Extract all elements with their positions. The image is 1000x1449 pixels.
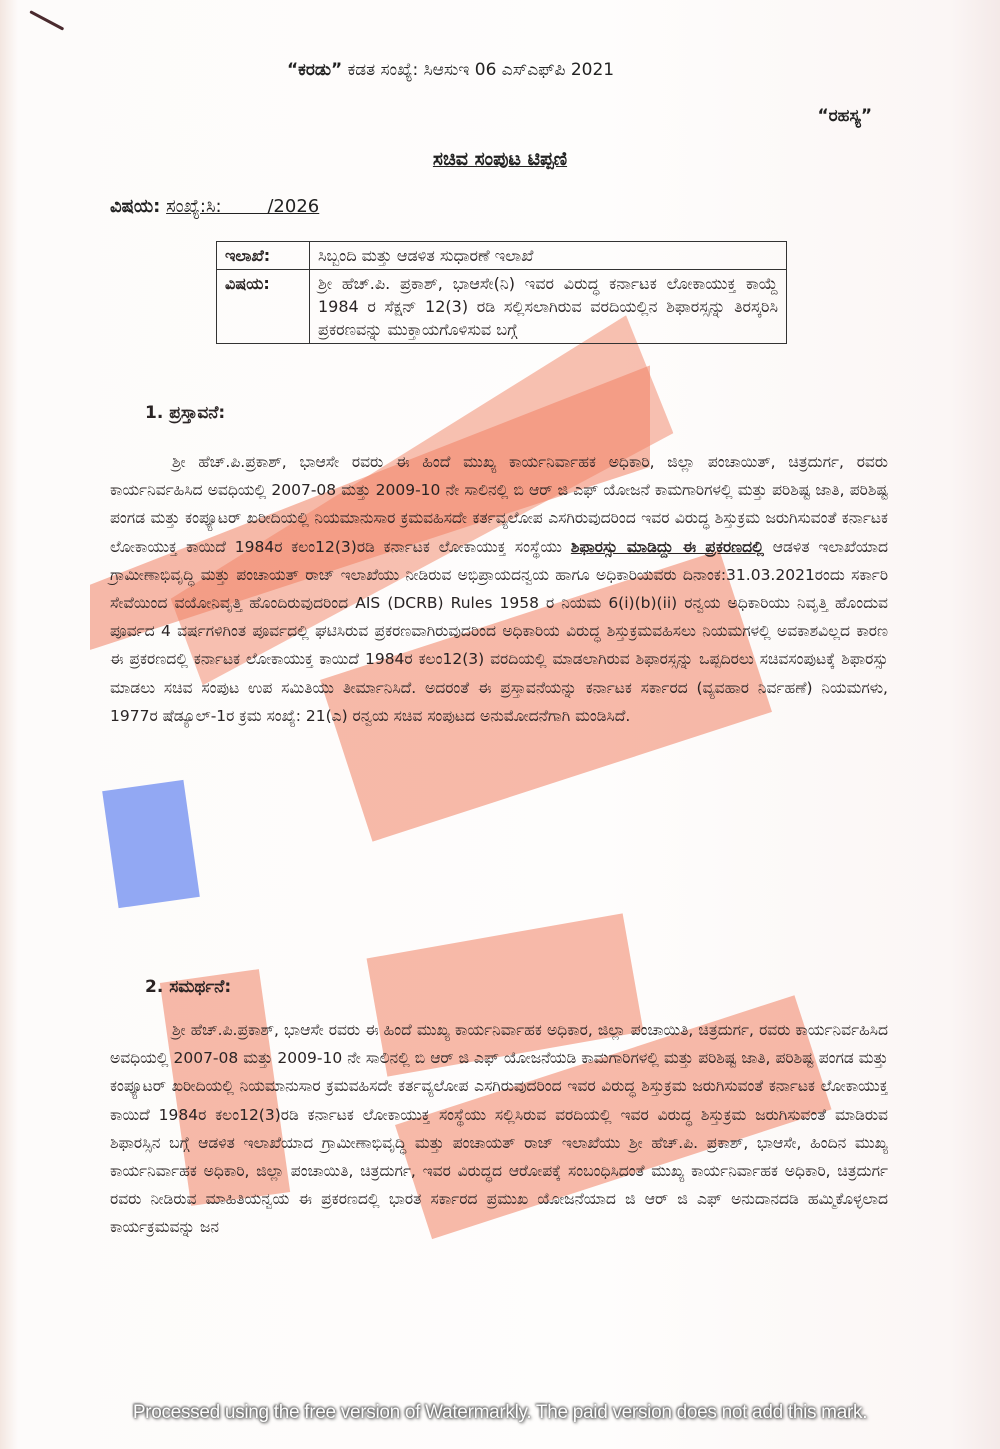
- subject-label: ವಿಷಯ:: [110, 196, 160, 217]
- section-heading-proposal: 1. ಪ್ರಸ್ತಾವನೆ:: [145, 403, 225, 423]
- section-body-justification: ಶ್ರೀ ಹೆಚ್.ಪಿ.ಪ್ರಕಾಶ್, ಭಾಆಸೇ ರವರು ಈ ಹಿಂದೆ…: [110, 1016, 888, 1242]
- section-heading-justification: 2. ಸಮರ್ಥನೆ:: [145, 977, 231, 997]
- subject-line: ವಿಷಯ: ಸಂಖ್ಯೆ:ಸಿ: /2026: [110, 196, 319, 217]
- scanned-page: “ಕರಡು” ಕಡತ ಸಂಖ್ಯೆ: ಸಿಆಸುಇ 06 ಎಸ್‌ಎಫ್‌ಪಿ …: [0, 0, 1000, 1449]
- file-number: ಕಡತ ಸಂಖ್ಯೆ: ಸಿಆಸುಇ 06 ಎಸ್‌ಎಫ್‌ಪಿ 2021: [342, 60, 614, 80]
- justification-text: ಶ್ರೀ ಹೆಚ್.ಪಿ.ಪ್ರಕಾಶ್, ಭಾಆಸೇ ರವರು ಈ ಹಿಂದೆ…: [110, 1021, 888, 1236]
- document-title: ಸಚಿವ ಸಂಪುಟ ಟಿಪ್ಪಣಿ: [0, 148, 1000, 170]
- document-body: “ಕರಡು” ಕಡತ ಸಂಖ್ಯೆ: ಸಿಆಸುಇ 06 ಎಸ್‌ಎಫ್‌ಪಿ …: [0, 0, 1000, 1449]
- department-label: ಇಲಾಖೆ:: [217, 242, 310, 270]
- meta-table: ಇಲಾಖೆ: ಸಿಬ್ಬಂದಿ ಮತ್ತು ಆಡಳಿತ ಸುಧಾರಣೆ ಇಲಾಖ…: [216, 241, 787, 344]
- table-row: ವಿಷಯ: ಶ್ರೀ ಹೆಚ್.ಪಿ. ಪ್ರಕಾಶ್, ಭಾಆಸೇ(ನಿ) ಇ…: [217, 270, 787, 344]
- watermark-text: Processed using the free version of Wate…: [0, 1402, 1000, 1424]
- classification-label: “ರಹಸ್ಯ”: [818, 106, 873, 126]
- file-reference: “ಕರಡು” ಕಡತ ಸಂಖ್ಯೆ: ಸಿಆಸುಇ 06 ಎಸ್‌ಎಫ್‌ಪಿ …: [287, 60, 614, 80]
- proposal-text-part2: ಆಡಳಿತ ಇಲಾಖೆಯಾದ ಗ್ರಾಮೀಣಾಭಿವೃದ್ಧಿ ಮತ್ತು ಪಂ…: [110, 538, 888, 725]
- subject-value: ಶ್ರೀ ಹೆಚ್.ಪಿ. ಪ್ರಕಾಶ್, ಭಾಆಸೇ(ನಿ) ಇವರ ವಿರ…: [310, 270, 787, 344]
- draft-label: “ಕರಡು”: [287, 60, 342, 80]
- proposal-emphasis: ಶಿಫಾರಸ್ಸು ಮಾಡಿದ್ದು ಈ ಪ್ರಕರಣದಲ್ಲಿ: [571, 538, 764, 556]
- subject-key: ವಿಷಯ:: [217, 270, 310, 344]
- department-value: ಸಿಬ್ಬಂದಿ ಮತ್ತು ಆಡಳಿತ ಸುಧಾರಣೆ ಇಲಾಖೆ: [310, 242, 787, 270]
- section-body-proposal: ಶ್ರೀ ಹೆಚ್.ಪಿ.ಪ್ರಕಾಶ್, ಭಾಆಸೇ ರವರು ಈ ಹಿಂದೆ…: [110, 448, 888, 730]
- subject-number: ಸಂಖ್ಯೆ:ಸಿ: /2026: [166, 196, 319, 217]
- table-row: ಇಲಾಖೆ: ಸಿಬ್ಬಂದಿ ಮತ್ತು ಆಡಳಿತ ಸುಧಾರಣೆ ಇಲಾಖ…: [217, 242, 787, 270]
